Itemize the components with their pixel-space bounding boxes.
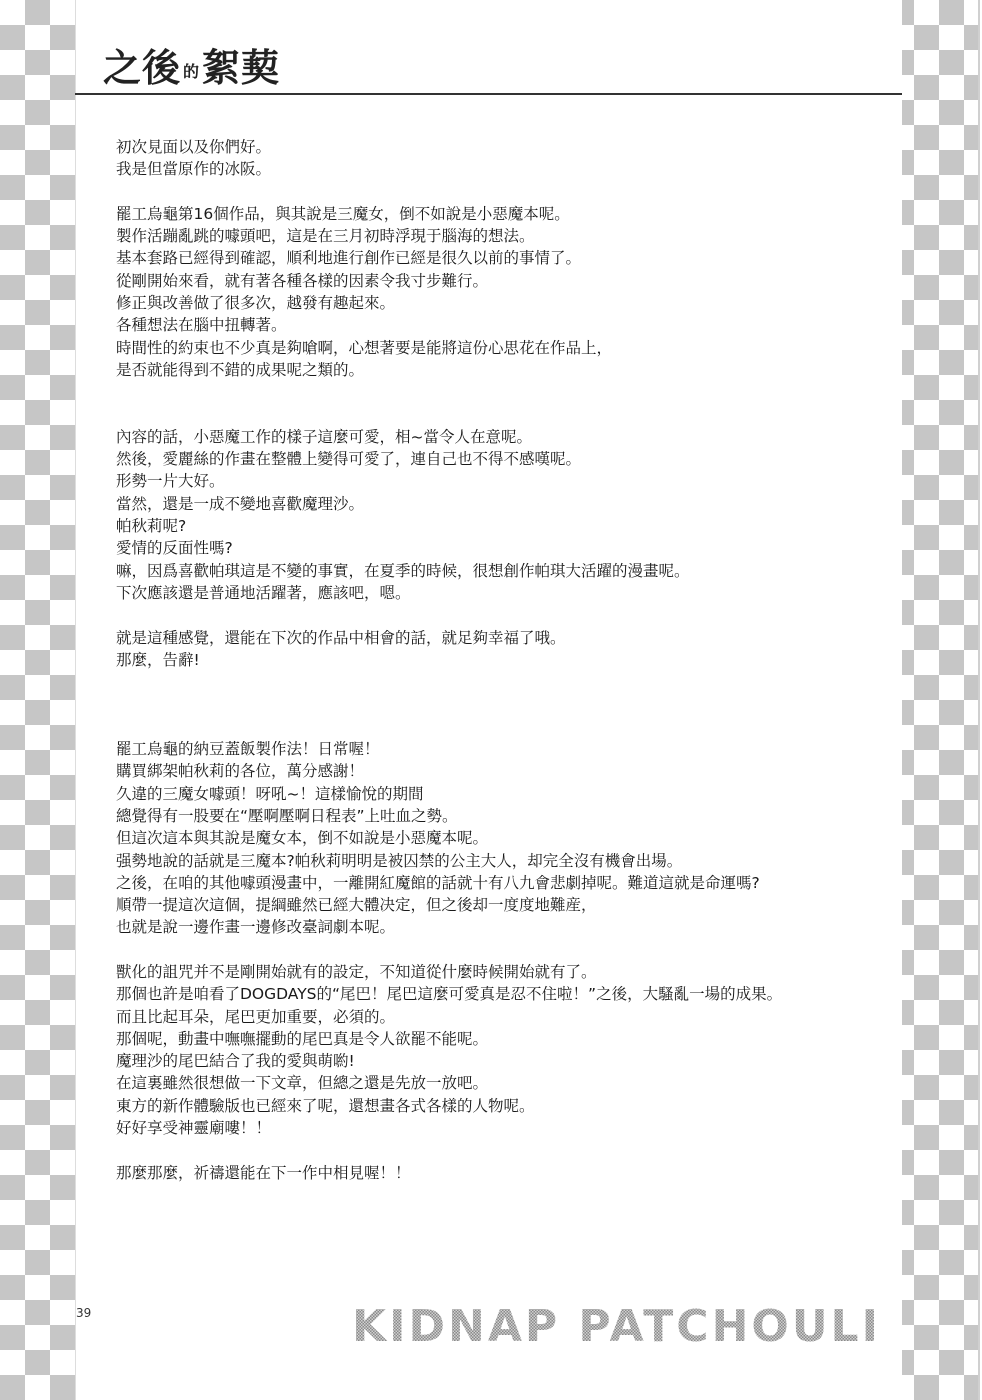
text-line: 從剛開始來看，就有著各種各樣的因素令我寸步難行。 (116, 270, 896, 292)
text-line: 在這裏雖然很想做一下文章，但總之還是先放一放吧。 (116, 1072, 896, 1094)
text-line: 那麼那麼，祈禱還能在下一作中相見喔！！ (116, 1162, 896, 1184)
text-line: 但這次這本與其說是魔女本，倒不如說是小惡魔本呢。 (116, 827, 896, 849)
text-line: 當然，還是一成不變地喜歡魔理沙。 (116, 493, 896, 515)
paragraph-gap (116, 1139, 896, 1161)
text-line: 好好享受神靈廟嘍！！ (116, 1117, 896, 1139)
title-particle: 的 (183, 62, 200, 81)
text-line: 是否就能得到不錯的成果呢之類的。 (116, 359, 896, 381)
checkered-border-left (0, 0, 76, 1400)
text-line: 內容的話，小惡魔工作的樣子這麼可愛，相~當令人在意呢。 (116, 426, 896, 448)
text-line: 總覺得有一股要在“壓啊壓啊日程表”上吐血之勢。 (116, 805, 896, 827)
text-line: 然後，愛麗絲的作畫在整體上變得可愛了，連自己也不得不感嘆呢。 (116, 448, 896, 470)
text-line: 而且比起耳朵，尾巴更加重要，必須的。 (116, 1006, 896, 1028)
text-line: 那個呢，動畫中嘸嘸擺動的尾巴真是令人欲罷不能呢。 (116, 1028, 896, 1050)
title-underline (75, 93, 902, 95)
text-line: 罷工烏龜第16個作品，與其說是三魔女，倒不如說是小惡魔本呢。 (116, 203, 896, 225)
text-line: 基本套路已經得到確認，順利地進行創作已經是很久以前的事情了。 (116, 247, 896, 269)
text-line: 順帶一提這次這個，提綱雖然已經大體决定，但之後却一度度地難産， (116, 894, 896, 916)
paragraph-gap (116, 939, 896, 961)
checkered-border-right (902, 0, 980, 1400)
text-line: 各種想法在腦中扭轉著。 (116, 314, 896, 336)
text-line: 魔理沙的尾巴結合了我的愛與萌喲! (116, 1050, 896, 1072)
text-line: 獸化的詛咒并不是剛開始就有的設定，不知道從什麼時候開始就有了。 (116, 961, 896, 983)
text-line: 帕秋莉呢? (116, 515, 896, 537)
title-part-1: 之後 (103, 46, 181, 90)
text-line: 製作活蹦亂跳的噱頭吧，這是在三月初時浮現于腦海的想法。 (116, 225, 896, 247)
paragraph-gap (116, 381, 896, 426)
text-line: 購買綁架帕秋莉的各位，萬分感謝！ (116, 760, 896, 782)
page-title: 之後的絮葜 (103, 44, 280, 96)
afterword-body: 初次見面以及你們好。 我是但當原作的冰阪。 罷工烏龜第16個作品，與其說是三魔女… (116, 136, 896, 1184)
text-line: 時間性的約束也不少真是夠嗆啊，心想著要是能將這份心思花在作品上， (116, 337, 896, 359)
paragraph-gap (116, 604, 896, 626)
paragraph-gap (116, 181, 896, 203)
text-line: 之後，在咱的其他噱頭漫畫中，一離開紅魔館的話就十有八九會悲劇掉呢。難道這就是命運… (116, 872, 896, 894)
text-line: 嘛，因爲喜歡帕琪這是不變的事實，在夏季的時候，很想創作帕琪大活躍的漫畫呢。 (116, 560, 896, 582)
text-line: 罷工烏龜的納豆蓋飯製作法！日常喔！ (116, 738, 896, 760)
text-line: 那個也許是咱看了DOGDAYS的“尾巴！尾巴這麼可愛真是忍不住啦！”之後，大騷亂… (116, 983, 896, 1005)
section-gap (116, 671, 896, 738)
text-line: 修正與改善做了很多次，越發有趣起來。 (116, 292, 896, 314)
footer-logo-kidnap-patchouli: KIDNAP PATCHOULI (352, 1302, 881, 1352)
text-line: 我是但當原作的冰阪。 (116, 158, 896, 180)
text-line: 久違的三魔女噱頭！呀吼~！這樣愉悅的期間 (116, 783, 896, 805)
text-line: 愛情的反面性嗎? (116, 537, 896, 559)
page-number: 39 (76, 1306, 91, 1320)
text-line: 下次應該還是普通地活躍著，應該吧，嗯。 (116, 582, 896, 604)
text-line: 强勢地說的話就是三魔本?帕秋莉明明是被囚禁的公主大人，却完全沒有機會出場。 (116, 850, 896, 872)
text-line: 就是這種感覺，還能在下次的作品中相會的話，就足夠幸福了哦。 (116, 627, 896, 649)
text-line: 那麼，告辭! (116, 649, 896, 671)
text-line: 也就是說一邊作畫一邊修改臺詞劇本呢。 (116, 916, 896, 938)
text-line: 初次見面以及你們好。 (116, 136, 896, 158)
title-part-2: 絮葜 (202, 46, 280, 90)
text-line: 形勢一片大好。 (116, 470, 896, 492)
text-line: 東方的新作體驗版也已經來了呢，還想畫各式各樣的人物呢。 (116, 1095, 896, 1117)
